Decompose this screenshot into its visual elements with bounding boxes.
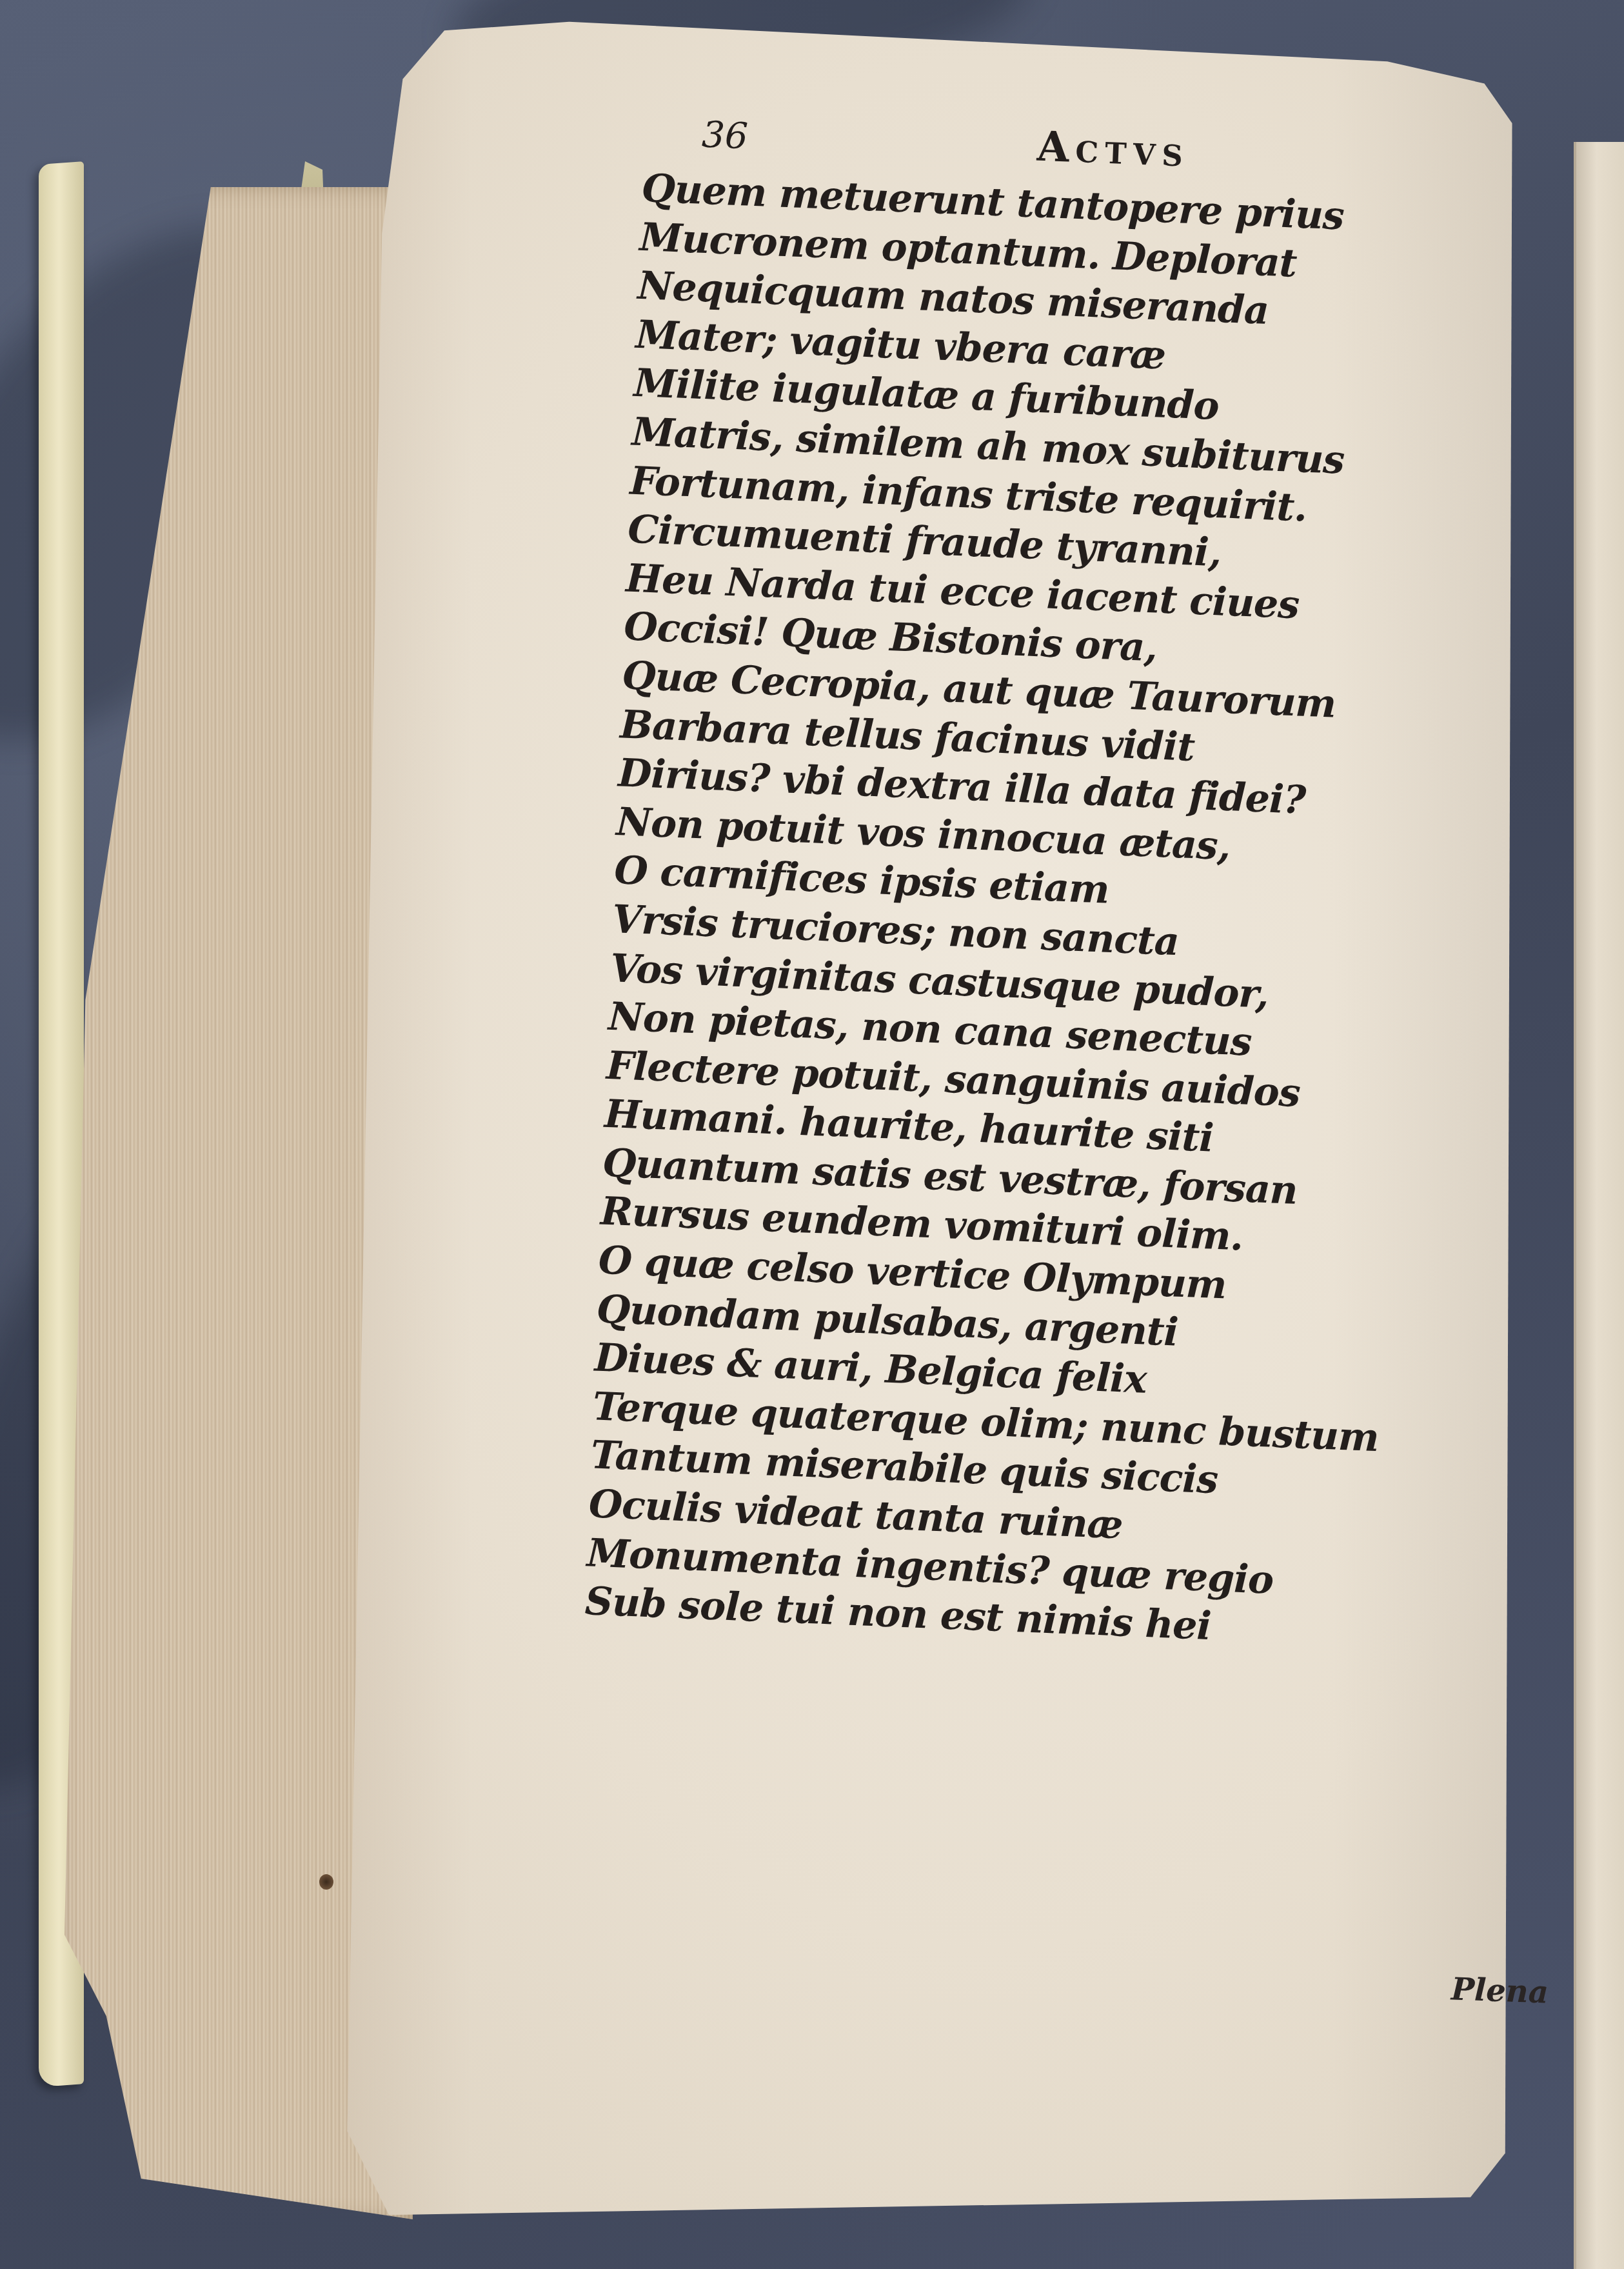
catchword: Plena bbox=[1451, 1971, 1549, 2010]
verse-lines: Quem metuerunt tantopere prius Mucronem … bbox=[584, 165, 1480, 1660]
facing-page-edge bbox=[1574, 142, 1624, 2269]
page-text: 36 Actvs Quem metuerunt tantopere prius … bbox=[584, 106, 1483, 1660]
worm-hole bbox=[319, 1874, 333, 1890]
page-number: 36 bbox=[643, 112, 915, 165]
running-head-title: Actvs bbox=[914, 117, 1191, 177]
